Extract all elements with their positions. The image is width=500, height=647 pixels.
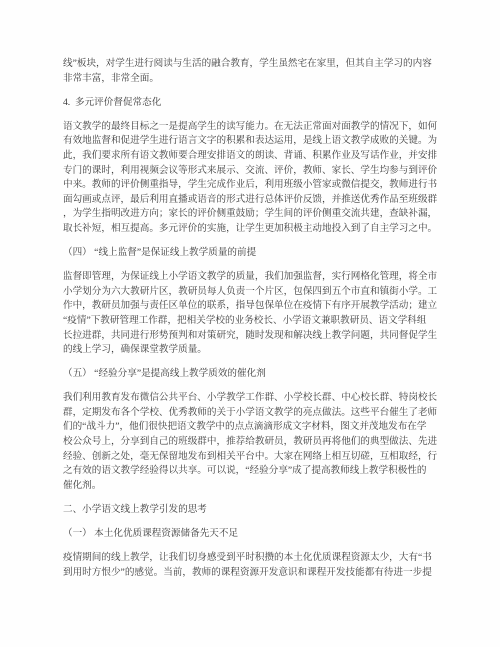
text-line: 非常丰富，非常全面。 [63,72,440,87]
text-line: 们的“战斗力”，他们很快把语文教学中的点点滴滴形成文字材料，图文并茂地发布在学 [63,420,440,435]
text-line: 有效地监督和促进学生进行语言文字的积累和表达运用，是线上语文教学成败的关键。为 [63,134,440,149]
section-heading: （四） “线上监督”是保证线上教学质量的前提 [63,246,440,261]
paragraph: 线”板块，对学生进行阅读与生活的融合教育，学生虽然宅在家里，但其自主学习的内容非… [63,57,440,86]
text-line: 之有效的语文教学经验得以共享。可以说，“经验分享”成了提高教师线上教学积极性的 [63,464,440,479]
text-line: 催化剂。 [63,479,440,494]
text-line: 此，我们要求所有语文教师要合理安排语文的朗读、背诵、积累作业及写话作业，并安排 [63,149,440,164]
text-line: （一） 本土化优质课程资源储备先天不足 [63,527,440,542]
section-heading: （一） 本土化优质课程资源储备先天不足 [63,527,440,542]
paragraph: 语文教学的最终目标之一是提高学生的读写能力。在无法正常面对面教学的情况下，如何有… [63,120,440,237]
text-line: 的线上学习，确保课堂教学质量。 [63,343,440,358]
section-heading: 4. 多元评价督促常态化 [63,96,440,111]
text-line: 中来。教师的评价侧重指导，学生完成作业后，利用班级小管家或微信提交，教师进行书 [63,178,440,193]
text-line: 监督即管理，为保证线上小学语文教学的质量，我们加强监督，实行网格化管理，将全市 [63,270,440,285]
text-line: 校公众号上，分享到自己的班级群中，推荐给教研员，教研员再将他们的典型做法、先进 [63,435,440,450]
text-line: 二、小学语文线上教学引发的思考 [63,503,440,518]
document-page: 线”板块，对学生进行阅读与生活的融合教育，学生虽然宅在家里，但其自主学习的内容非… [0,0,500,647]
text-line: （五） “经验分享”是提高线上教学质效的催化剂 [63,367,440,382]
text-line: 面勾画或点评，最后利用直播或语音的形式进行总体评价反馈，并推送优秀作品至班级群 [63,193,440,208]
text-line: 4. 多元评价督促常态化 [63,96,440,111]
section-heading: 二、小学语文线上教学引发的思考 [63,503,440,518]
text-line: 群，定期发布各个学校、优秀教师的关于小学语文教学的亮点做法。这些平台催生了老师 [63,406,440,421]
paragraph: 监督即管理，为保证线上小学语文教学的质量，我们加强监督，实行网格化管理，将全市小… [63,270,440,358]
document-content: 线”板块，对学生进行阅读与生活的融合教育，学生虽然宅在家里，但其自主学习的内容非… [63,57,440,580]
text-line: 线”板块，对学生进行阅读与生活的融合教育，学生虽然宅在家里，但其自主学习的内容 [63,57,440,72]
paragraph: 疫情期间的线上教学，让我们切身感受到平时积攒的本土化优质课程资源太少，大有“书到… [63,551,440,580]
text-line: 长拉进群，共同进行形势预判和对策研究，随时发现和解决线上教学问题，共同督促学生 [63,329,440,344]
text-line: ，为学生指明改进方向；家长的评价侧重鼓励；学生间的评价侧重交流共建，查缺补漏， [63,207,440,222]
text-line: 小学划分为六大教研片区，教研员每人负责一个片区，包保四到五个市直和镇街小学。工 [63,285,440,300]
paragraph: 我们利用教育发布微信公共平台、小学教学工作群、小学校长群、中心校长群、特岗校长群… [63,391,440,493]
text-line: 到用时方恨少”的感觉。当前，教师的课程资源开发意识和课程开发技能都有待进一步提 [63,566,440,581]
text-line: 作中，教研员加强与责任区单位的联系，指导包保单位在疫情下有序开展教学活动；建立 [63,299,440,314]
text-line: （四） “线上监督”是保证线上教学质量的前提 [63,246,440,261]
text-line: 语文教学的最终目标之一是提高学生的读写能力。在无法正常面对面教学的情况下，如何 [63,120,440,135]
text-line: 疫情期间的线上教学，让我们切身感受到平时积攒的本土化优质课程资源太少，大有“书 [63,551,440,566]
text-line: 经验、创新之处，毫无保留地发布到相关平台中。大家在网络上相互切磋，互相取经，行 [63,450,440,465]
text-line: 专门的课时，利用视频会议等形式来展示、交流、评价，教师、家长、学生均参与到评价 [63,164,440,179]
text-line: “疫情”下教研管理工作群，把相关学校的业务校长、小学语文兼职教研员、语文学科组 [63,314,440,329]
section-heading: （五） “经验分享”是提高线上教学质效的催化剂 [63,367,440,382]
text-line: 我们利用教育发布微信公共平台、小学教学工作群、小学校长群、中心校长群、特岗校长 [63,391,440,406]
text-line: 取长补短，相互提高。多元评价的实施，让学生更加积极主动地投入到了自主学习之中。 [63,222,440,237]
